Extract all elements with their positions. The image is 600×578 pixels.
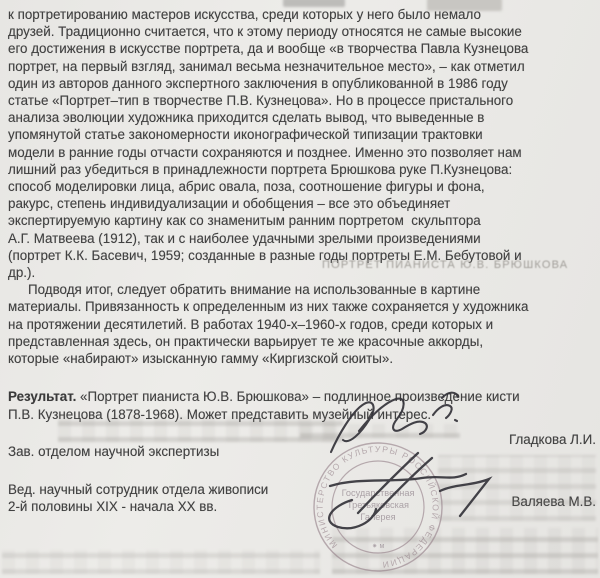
signer-name: Валяева М.В. (511, 493, 596, 515)
text-line: А.Г. Матвеева (1912), так и с наиболее у… (8, 230, 598, 247)
text-line: способ моделировки лица, абрис овала, по… (8, 178, 598, 195)
text-line: друзей. Традиционно считается, что к это… (8, 23, 598, 40)
text-line: статье «Портрет–тип в творчестве П.В. Ку… (8, 92, 598, 109)
signer-title: Вед. научный сотрудник отдела живописи 2… (8, 482, 268, 515)
signature-row-head-of-expertise: Зав. отделом научной экспертизы Гладкова… (8, 444, 598, 461)
paragraph-summary: Подводя итог, следует обратить внимание … (8, 281, 598, 367)
text-line: ракурс, степень индивидуализации и обобщ… (8, 195, 598, 212)
signature-row-lead-researcher: Вед. научный сотрудник отдела живописи 2… (8, 482, 598, 515)
paragraph-continuation: к портретированию мастеров искусства, ср… (8, 6, 598, 281)
text-line: модели в ранние годы отчасти сохраняются… (8, 144, 598, 161)
signer-name: Гладкова Л.И. (509, 431, 596, 461)
bleedthrough-text-strip (2, 550, 320, 574)
stamp-bottom-mark: ⁕ м (372, 543, 385, 550)
text-line: лишний раз убедиться в принадлежности по… (8, 161, 598, 178)
signer-title-line-2: 2-й половины XIX - начала XX вв. (8, 499, 268, 516)
text-line: Подводя итог, следует обратить внимание … (8, 281, 598, 298)
result-line-1-text: «Портрет пианиста Ю.В. Брюшкова» – подли… (76, 389, 519, 404)
text-line: анализа эволюции художника приходится сд… (8, 109, 598, 126)
signer-title-line-1: Вед. научный сотрудник отдела живописи (8, 482, 268, 499)
text-line: один из авторов данного экспертного закл… (8, 75, 598, 92)
result-line-2: П.В. Кузнецова (1878-1968). Может предст… (8, 406, 598, 424)
text-line: его достижения в искусстве портрета, да … (8, 40, 598, 57)
text-line: которые «набирают» изысканную гамму «Кир… (8, 350, 598, 367)
result-paragraph: Результат. «Портрет пианиста Ю.В. Брюшко… (8, 388, 598, 423)
text-line: экспертируемую картину как со знаменитым… (8, 212, 598, 229)
text-line: упомянутой статье закономерности иконогр… (8, 126, 598, 143)
text-line: представленная здесь, он практически вар… (8, 333, 598, 350)
document-text-column: к портретированию мастеров искусства, ср… (8, 6, 598, 515)
result-label: Результат. (8, 389, 76, 404)
scanned-document-page: { "page": { "background": "#e9e8e5", "in… (0, 0, 600, 578)
text-line: (портрет К.К. Басевич, 1959; созданные в… (8, 247, 598, 264)
result-line-1: Результат. «Портрет пианиста Ю.В. Брюшко… (8, 388, 598, 406)
signer-title: Зав. отделом научной экспертизы (8, 444, 219, 461)
text-line: материалы. Привязанность к определенным … (8, 298, 598, 315)
text-line: на протяжении десятилетий. В работах 194… (8, 316, 598, 333)
bleedthrough-text-strip (332, 528, 598, 574)
text-line: портрет, на первый взгляд, занимал весьм… (8, 58, 598, 75)
text-line: к портретированию мастеров искусства, ср… (8, 6, 598, 23)
text-line: др.). (8, 264, 598, 281)
